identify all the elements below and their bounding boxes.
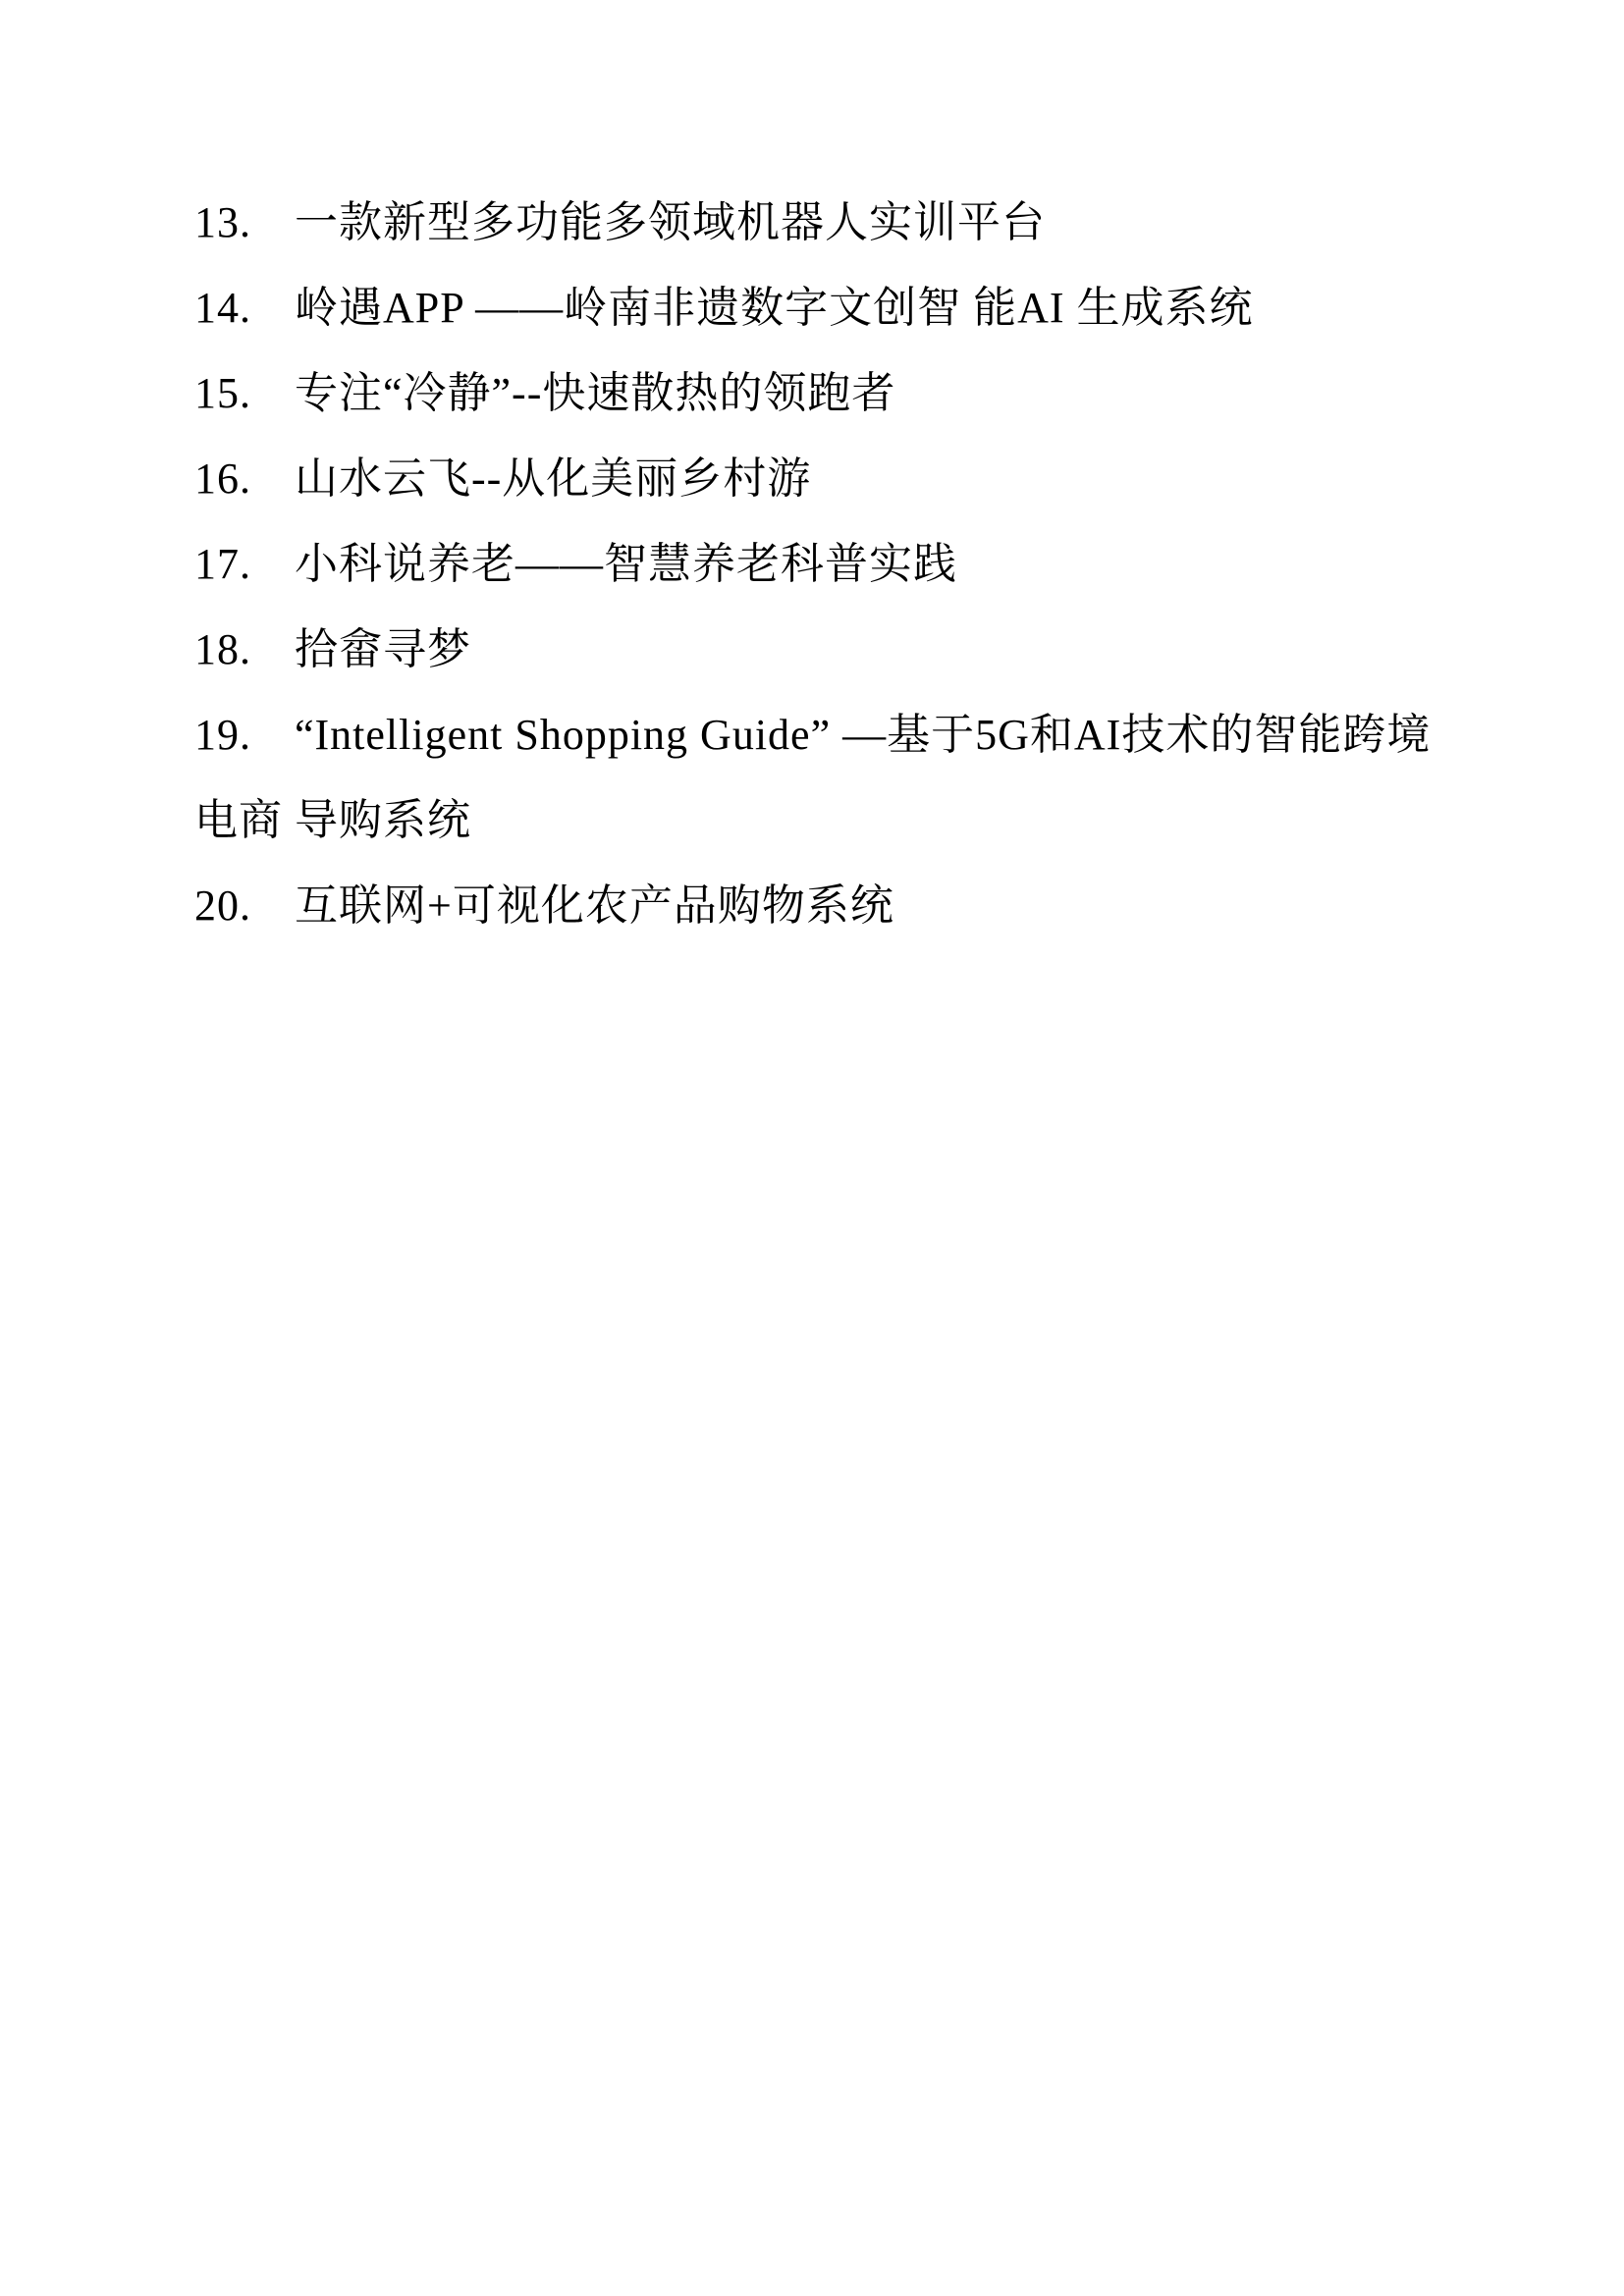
item-number: 13.: [194, 180, 295, 265]
list-item: 14.岭遇APP ——岭南非遗数字文创智 能AI 生成系统: [194, 265, 1467, 350]
item-number: 18.: [194, 607, 295, 692]
document-page: 13.一款新型多功能多领域机器人实训平台 14.岭遇APP ——岭南非遗数字文创…: [0, 0, 1624, 2296]
item-number: 17.: [194, 521, 295, 607]
list-item: 20.互联网+可视化农产品购物系统: [194, 863, 1467, 948]
numbered-list: 13.一款新型多功能多领域机器人实训平台 14.岭遇APP ——岭南非遗数字文创…: [194, 180, 1467, 948]
item-text: 互联网+可视化农产品购物系统: [295, 881, 894, 930]
list-item: 13.一款新型多功能多领域机器人实训平台: [194, 180, 1467, 265]
item-text: 专注“冷静”--快速散热的领跑者: [295, 369, 895, 417]
item-number: 19.: [194, 692, 295, 777]
list-item: 18.拾畲寻梦: [194, 607, 1467, 692]
item-text: “Intelligent Shopping Guide” —基于5G和AI技术的…: [194, 711, 1431, 844]
item-number: 14.: [194, 265, 295, 350]
list-item: 15.专注“冷静”--快速散热的领跑者: [194, 350, 1467, 436]
list-item: 16.山水云飞--从化美丽乡村游: [194, 436, 1467, 521]
item-text: 山水云飞--从化美丽乡村游: [295, 454, 811, 503]
item-text: 小科说养老——智慧养老科普实践: [295, 540, 957, 588]
item-text: 一款新型多功能多领域机器人实训平台: [295, 198, 1046, 246]
list-item: 19.“Intelligent Shopping Guide” —基于5G和AI…: [194, 692, 1467, 863]
list-item: 17.小科说养老——智慧养老科普实践: [194, 521, 1467, 607]
item-text: 岭遇APP ——岭南非遗数字文创智 能AI 生成系统: [295, 284, 1254, 332]
item-number: 15.: [194, 350, 295, 436]
item-number: 20.: [194, 863, 295, 948]
item-number: 16.: [194, 436, 295, 521]
item-text: 拾畲寻梦: [295, 625, 471, 673]
